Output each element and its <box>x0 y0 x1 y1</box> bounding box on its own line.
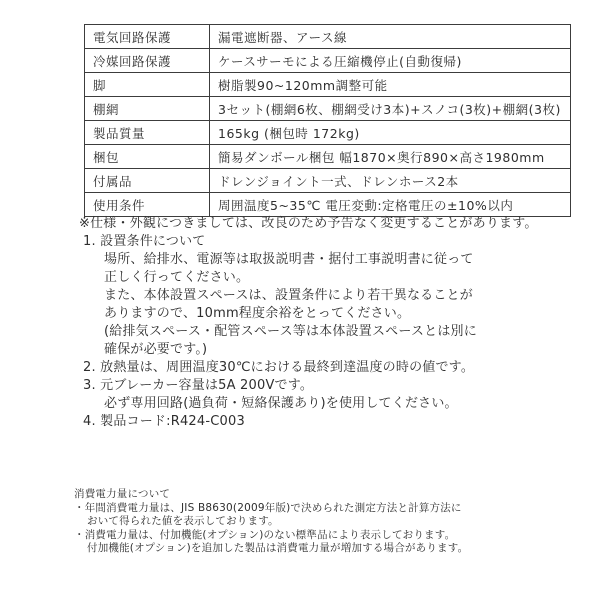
note-line: 確保が必要です。) <box>104 341 579 359</box>
note-line: 必ず専用回路(過負荷・短絡保護あり)を使用してください。 <box>104 395 579 413</box>
spec-row-operating-conditions: 使用条件 周囲温度5~35℃ 電圧変動:定格電圧の±10%以内 <box>85 193 571 217</box>
spec-value: ドレンジョイント一式、ドレンホース2本 <box>210 169 571 193</box>
spec-value: 周囲温度5~35℃ 電圧変動:定格電圧の±10%以内 <box>210 193 571 217</box>
spec-change-disclaimer: ※仕様・外観につきましては、改良のため予告なく変更することがあります。 <box>79 215 579 233</box>
spec-label: 使用条件 <box>85 193 210 217</box>
note-line: 3. 元ブレーカー容量は5A 200Vです。 <box>83 377 579 395</box>
power-note-line: ・消費電力量は、付加機能(オプション)のない標準品により表示しております。 <box>74 529 604 543</box>
spec-label: 製品質量 <box>85 121 210 145</box>
power-note-line: 付加機能(オプション)を追加した製品は消費電力量が増加する場合があります。 <box>87 542 604 556</box>
note-line: 場所、給排水、電源等は取扱説明書・据付工事説明書に従って <box>104 251 579 269</box>
spec-label: 脚 <box>85 73 210 97</box>
note-line: また、本体設置スペースは、設置条件により若干異なることが <box>104 287 579 305</box>
spec-table: 電気回路保護 漏電遮断器、アース線 冷媒回路保護 ケースサーモによる圧縮機停止(… <box>84 24 571 217</box>
product-code-line: 4. 製品コード:R424-C003 <box>83 413 579 431</box>
spec-value: 3セット(棚網6枚、棚網受け3本)+スノコ(3枚)+棚網(3枚) <box>210 97 571 121</box>
power-note-line: おいて得られた値を表示しております。 <box>87 515 604 529</box>
note-line: ありますので、10mm程度余裕をとってください。 <box>104 305 579 323</box>
spec-row-electric-circuit-protection: 電気回路保護 漏電遮断器、アース線 <box>85 25 571 49</box>
notes-section: ※仕様・外観につきましては、改良のため予告なく変更することがあります。 1. 設… <box>79 215 579 431</box>
spec-value: 簡易ダンボール梱包 幅1870×奥行890×高さ1980mm <box>210 145 571 169</box>
spec-value: 樹脂製90~120mm調整可能 <box>210 73 571 97</box>
note-line: 正しく行ってください。 <box>104 269 579 287</box>
power-note-heading: 消費電力量について <box>74 488 604 502</box>
power-consumption-note: 消費電力量について ・年間消費電力量は、JIS B8630(2009年版)で決め… <box>74 488 604 556</box>
spec-label: 冷媒回路保護 <box>85 49 210 73</box>
spec-label: 付属品 <box>85 169 210 193</box>
spec-row-packaging: 梱包 簡易ダンボール梱包 幅1870×奥行890×高さ1980mm <box>85 145 571 169</box>
spec-row-accessories: 付属品 ドレンジョイント一式、ドレンホース2本 <box>85 169 571 193</box>
note-line: 2. 放熱量は、周囲温度30℃における最終到達温度の時の値です。 <box>83 359 579 377</box>
spec-label: 電気回路保護 <box>85 25 210 49</box>
spec-row-legs: 脚 樹脂製90~120mm調整可能 <box>85 73 571 97</box>
power-note-line: ・年間消費電力量は、JIS B8630(2009年版)で決められた測定方法と計算… <box>74 502 604 516</box>
spec-row-refrigerant-circuit-protection: 冷媒回路保護 ケースサーモによる圧縮機停止(自動復帰) <box>85 49 571 73</box>
spec-value: 漏電遮断器、アース線 <box>210 25 571 49</box>
spec-value: 165kg (梱包時 172kg) <box>210 121 571 145</box>
note-line: (給排気スペース・配管スペース等は本体設置スペースとは別に <box>104 323 579 341</box>
spec-label: 棚網 <box>85 97 210 121</box>
spec-label: 梱包 <box>85 145 210 169</box>
spec-row-product-weight: 製品質量 165kg (梱包時 172kg) <box>85 121 571 145</box>
note-line: 1. 設置条件について <box>83 233 579 251</box>
spec-row-shelves: 棚網 3セット(棚網6枚、棚網受け3本)+スノコ(3枚)+棚網(3枚) <box>85 97 571 121</box>
spec-value: ケースサーモによる圧縮機停止(自動復帰) <box>210 49 571 73</box>
